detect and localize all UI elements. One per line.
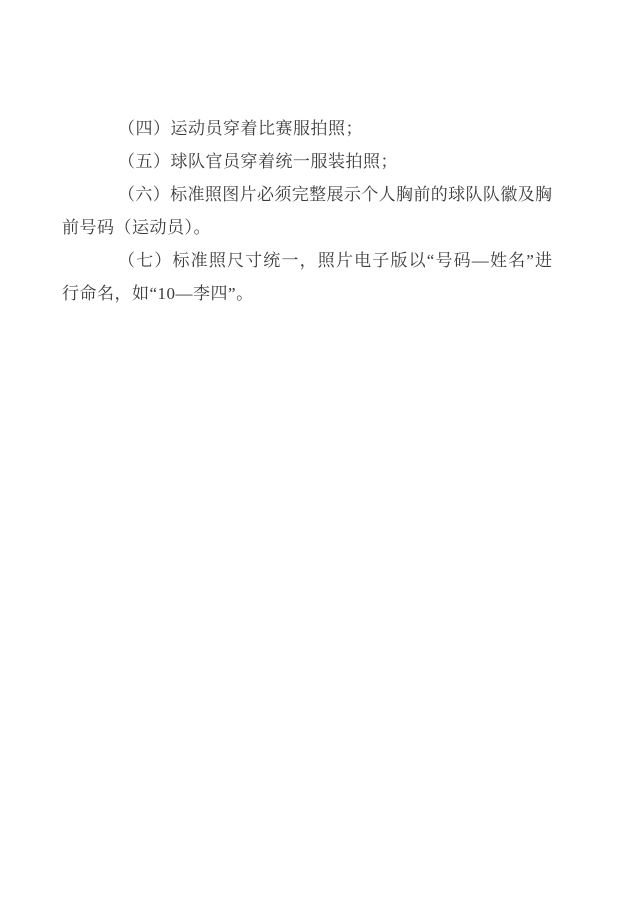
text-line: （五）球队官员穿着统一服装拍照；	[62, 145, 552, 178]
text-line: （七）标准照尺寸统一，照片电子版以“号码—姓名”进	[62, 244, 552, 277]
document-page: （四）运动员穿着比赛服拍照；（五）球队官员穿着统一服装拍照；（六）标准照图片必须…	[0, 0, 640, 905]
text-line: 行命名，如“10—李四”。	[62, 277, 552, 310]
text-line: （四）运动员穿着比赛服拍照；	[62, 112, 552, 145]
text-line: 前号码（运动员）。	[62, 211, 552, 244]
text-line: （六）标准照图片必须完整展示个人胸前的球队队徽及胸	[62, 178, 552, 211]
document-text-block: （四）运动员穿着比赛服拍照；（五）球队官员穿着统一服装拍照；（六）标准照图片必须…	[62, 112, 552, 310]
